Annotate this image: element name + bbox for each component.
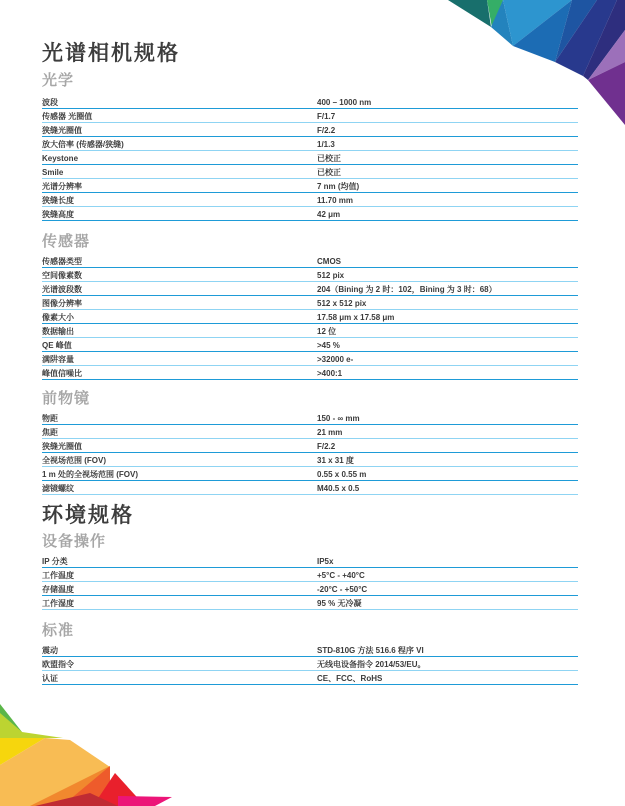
spec-value: +5°C - +40°C [317,570,578,581]
spec-value: STD-810G 方法 516.6 程序 VI [317,645,578,656]
spec-label: IP 分类 [42,556,317,567]
operation-table: IP 分类IP5x工作温度+5°C - +40°C存储温度-20°C - +50… [42,554,578,610]
table-row: Smile已校正 [42,165,578,179]
spec-value: 0.55 x 0.55 m [317,469,578,480]
spec-label: 物距 [42,413,317,424]
table-row: 狭缝光圈值F/2.2 [42,123,578,137]
table-row: 图像分辨率512 x 512 pix [42,296,578,310]
spec-value: 204（Bining 为 2 时：102，Bining 为 3 时：68） [317,284,578,295]
spec-label: 波段 [42,97,317,108]
spec-label: Smile [42,167,317,178]
table-row: 物距150 - ∞ mm [42,411,578,425]
spec-value: 42 μm [317,209,578,220]
spec-value: >32000 e- [317,354,578,365]
spec-document: 光谱相机规格 光学 波段400 – 1000 nm传感器 光圈值F/1.7狭缝光… [42,42,578,685]
table-row: 像素大小17.58 μm x 17.58 μm [42,310,578,324]
spec-value: >400:1 [317,368,578,379]
spec-value: IP5x [317,556,578,567]
spec-value: CE、FCC、RoHS [317,673,578,684]
spec-value: 无线电设备指令 2014/53/EU。 [317,659,578,670]
page-title-spectral-camera: 光谱相机规格 [42,42,578,66]
spec-label: 图像分辨率 [42,298,317,309]
section-header-standards: 标准 [42,622,578,640]
spec-value: 已校正 [317,167,578,178]
spec-label: 传感器类型 [42,256,317,267]
spec-label: 传感器 光圈值 [42,111,317,122]
table-row: 数据输出12 位 [42,324,578,338]
spec-value: 已校正 [317,153,578,164]
spec-label: Keystone [42,153,317,164]
table-row: Keystone已校正 [42,151,578,165]
section-header-optics: 光学 [42,72,578,90]
spec-label: 存储温度 [42,584,317,595]
spec-value: -20°C - +50°C [317,584,578,595]
spec-value: F/1.7 [317,111,578,122]
table-row: 峰值信噪比>400:1 [42,366,578,380]
table-row: 光谱分辨率7 nm (均值) [42,179,578,193]
table-row: QE 峰值>45 % [42,338,578,352]
spec-value: 7 nm (均值) [317,181,578,192]
table-row: 工作温度+5°C - +40°C [42,568,578,582]
table-row: 传感器 光圈值F/1.7 [42,109,578,123]
spec-label: 工作温度 [42,570,317,581]
spec-label: 空间像素数 [42,270,317,281]
table-row: IP 分类IP5x [42,554,578,568]
table-row: 满阱容量>32000 e- [42,352,578,366]
spec-value: M40.5 x 0.5 [317,483,578,494]
table-row: 全视场范围 (FOV)31 x 31 度 [42,453,578,467]
table-row: 欧盟指令无线电设备指令 2014/53/EU。 [42,657,578,671]
spec-label: 认证 [42,673,317,684]
spec-value: F/2.2 [317,125,578,136]
corner-triangles-bottom-left-icon [0,701,185,806]
standards-table: 震动STD-810G 方法 516.6 程序 VI欧盟指令无线电设备指令 201… [42,643,578,685]
spec-value: 1/1.3 [317,139,578,150]
spec-label: 滤镜螺纹 [42,483,317,494]
table-row: 1 m 处的全视场范围 (FOV)0.55 x 0.55 m [42,467,578,481]
spec-label: 焦距 [42,427,317,438]
spec-value: 11.70 mm [317,195,578,206]
spec-label: 狭缝长度 [42,195,317,206]
spec-value: 150 - ∞ mm [317,413,578,424]
table-row: 狭缝高度42 μm [42,207,578,221]
table-row: 放大倍率 (传感器/狭缝)1/1.3 [42,137,578,151]
spec-label: 狭缝光圈值 [42,125,317,136]
spec-value: 95 % 无冷凝 [317,598,578,609]
spec-label: 光谱波段数 [42,284,317,295]
spec-value: 512 x 512 pix [317,298,578,309]
spec-label: 放大倍率 (传感器/狭缝) [42,139,317,150]
spec-label: 全视场范围 (FOV) [42,455,317,466]
section-header-fore-optics: 前物镜 [42,390,578,408]
spec-label: 像素大小 [42,312,317,323]
table-row: 空间像素数512 pix [42,268,578,282]
fore-optics-table: 物距150 - ∞ mm焦距21 mm狭缝光圈值F/2.2全视场范围 (FOV)… [42,411,578,495]
table-row: 狭缝光圈值F/2.2 [42,439,578,453]
spec-label: 数据输出 [42,326,317,337]
spec-value: >45 % [317,340,578,351]
table-row: 狭缝长度11.70 mm [42,193,578,207]
section-header-sensor: 传感器 [42,233,578,251]
table-row: 焦距21 mm [42,425,578,439]
spec-label: 狭缝光圈值 [42,441,317,452]
spec-label: 震动 [42,645,317,656]
spec-label: 光谱分辨率 [42,181,317,192]
table-row: 波段400 – 1000 nm [42,95,578,109]
table-row: 光谱波段数204（Bining 为 2 时：102，Bining 为 3 时：6… [42,282,578,296]
spec-value: F/2.2 [317,441,578,452]
table-row: 震动STD-810G 方法 516.6 程序 VI [42,643,578,657]
spec-label: 峰值信噪比 [42,368,317,379]
spec-label: 欧盟指令 [42,659,317,670]
spec-label: 狭缝高度 [42,209,317,220]
section-header-operation: 设备操作 [42,533,578,551]
table-row: 滤镜螺纹M40.5 x 0.5 [42,481,578,495]
table-row: 传感器类型CMOS [42,254,578,268]
table-row: 认证CE、FCC、RoHS [42,671,578,685]
spec-value: 31 x 31 度 [317,455,578,466]
spec-value: CMOS [317,256,578,267]
spec-label: 满阱容量 [42,354,317,365]
spec-label: 工作湿度 [42,598,317,609]
sensor-table: 传感器类型CMOS空间像素数512 pix光谱波段数204（Bining 为 2… [42,254,578,380]
table-row: 工作湿度95 % 无冷凝 [42,596,578,610]
spec-value: 12 位 [317,326,578,337]
spec-value: 400 – 1000 nm [317,97,578,108]
page-title-environment: 环境规格 [42,504,578,528]
optics-table: 波段400 – 1000 nm传感器 光圈值F/1.7狭缝光圈值F/2.2放大倍… [42,95,578,221]
spec-value: 17.58 μm x 17.58 μm [317,312,578,323]
spec-value: 512 pix [317,270,578,281]
spec-label: 1 m 处的全视场范围 (FOV) [42,469,317,480]
spec-value: 21 mm [317,427,578,438]
spec-label: QE 峰值 [42,340,317,351]
table-row: 存储温度-20°C - +50°C [42,582,578,596]
